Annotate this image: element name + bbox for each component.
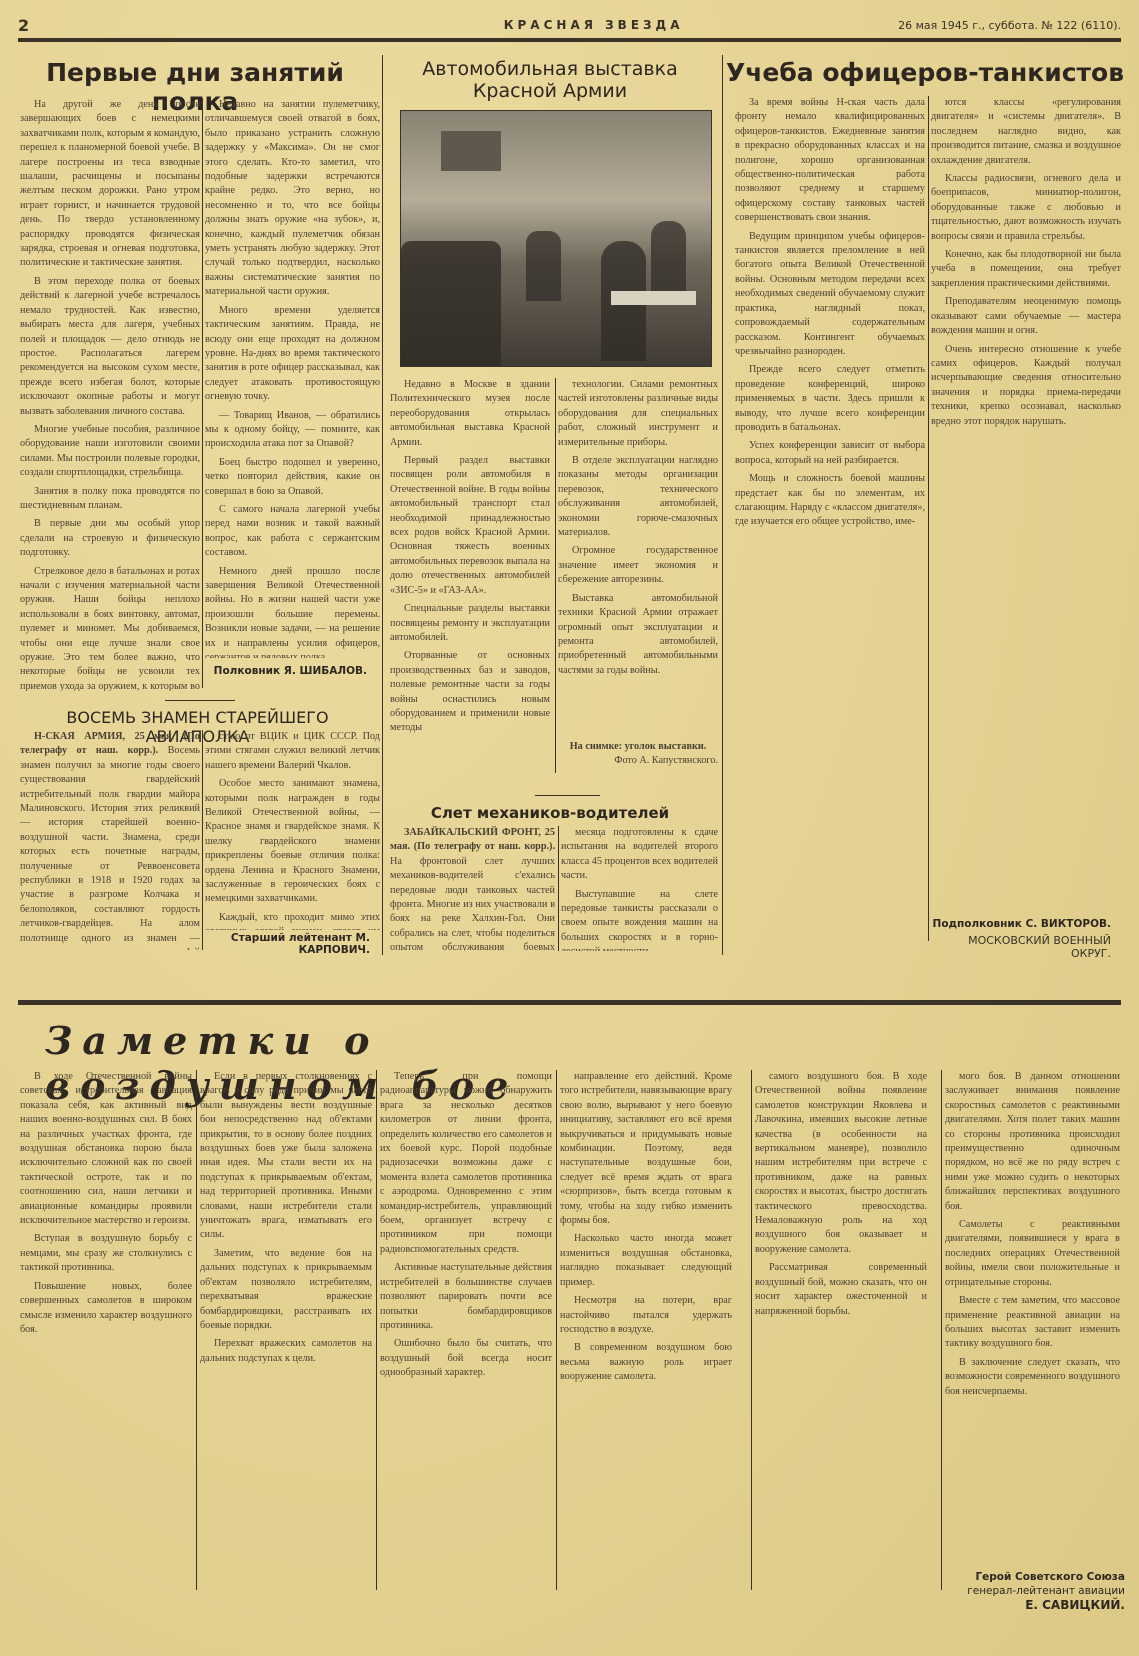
paragraph: Ведущим принципом учебы офицеров-танкист… [735, 230, 925, 360]
airbattle-column-6: мого боя. В данном отношении заслуживает… [945, 1070, 1120, 1560]
banners-article-column-2: стью от ВЦИК и ЦИК СССР. Под этими стяга… [205, 730, 380, 930]
banners-text: Восемь знамен получил за многие годы сво… [20, 745, 200, 950]
issue-info: 26 мая 1945 г., суббота. № 122 (6110). [898, 19, 1121, 32]
tankers-article-column-2: ются классы «регулирования двигателя» и … [931, 96, 1121, 911]
paragraph: Стрелковое дело в батальонах и ротах нач… [20, 565, 200, 691]
signature-rank: генерал-лейтенант авиации [960, 1584, 1125, 1598]
tankers-article-title: Учеба офицеров-танкистов [725, 58, 1125, 87]
column-divider [196, 1070, 197, 1590]
paragraph: Боец быстро подошел и уверенно, четко по… [205, 456, 380, 499]
separator [165, 700, 235, 701]
exhibition-article-column-1: Недавно в Москве в здании Политехническо… [390, 378, 550, 773]
exhibition-article-column-2: технологии. Силами ремонтных частей изго… [558, 378, 718, 740]
paragraph: Вступая в воздушную борьбу с немцами, мы… [20, 1232, 192, 1275]
paragraph: ются классы «регулирования двигателя» и … [931, 96, 1121, 168]
column-divider [202, 98, 203, 688]
airbattle-column-5: самого воздушного боя. В ходе Отечествен… [755, 1070, 927, 1595]
regiment-article-signature: Полковник Я. ШИБАЛОВ. [205, 665, 367, 677]
paragraph: Преподавателям неоценимую помощь оказыва… [931, 295, 1121, 338]
paragraph: месяца подготовлены к сдаче испытания на… [561, 826, 718, 884]
tankers-article-signature: Подполковник С. ВИКТОРОВ. [931, 918, 1111, 930]
paragraph: Несмотря на потери, враг настойчиво пыта… [560, 1294, 732, 1337]
paragraph: Насколько часто иногда может измениться … [560, 1232, 732, 1290]
photo-credit: Фото А. Капустянского. [558, 754, 718, 768]
paragraph: Много времени уделяется тактическим заня… [205, 304, 380, 405]
paragraph: Прежде всего следует отметить проведение… [735, 363, 925, 435]
paragraph: Перехват вражеских самолетов на дальних … [200, 1337, 372, 1366]
masthead-rule [18, 38, 1121, 42]
tankers-article-column-1: За время войны Н-ская часть дала фронту … [735, 96, 925, 951]
paragraph: Первый раздел выставки посвящен роли авт… [390, 454, 550, 598]
paragraph: Недавно на занятии пулеметчику, отличавш… [205, 98, 380, 300]
column-divider [941, 1070, 942, 1590]
paragraph: В отделе эксплуатации наглядно показаны … [558, 454, 718, 540]
drivers-article-column-1: ЗАБАЙКАЛЬСКИЙ ФРОНТ, 25 мая. (По телегра… [390, 826, 555, 951]
paragraph: мого боя. В данном отношении заслуживает… [945, 1070, 1120, 1214]
signature-title: Герой Советского Союза [960, 1570, 1125, 1584]
column-divider [558, 826, 559, 951]
paragraph: самого воздушного боя. В ходе Отечествен… [755, 1070, 927, 1257]
signature-name: Е. САВИЦКИЙ. [960, 1598, 1125, 1612]
drivers-article-column-2: месяца подготовлены к сдаче испытания на… [561, 826, 718, 951]
column-divider [382, 55, 383, 955]
column-divider [555, 378, 556, 773]
paragraph: стью от ВЦИК и ЦИК СССР. Под этими стяга… [205, 730, 380, 773]
paragraph: На другой же день после завершающих боев… [20, 98, 200, 271]
photo-caption: На снимке: уголок выставки. [558, 740, 718, 754]
column-divider [376, 1070, 377, 1590]
exhibition-title-line-1: Автомобильная выставка [385, 58, 715, 80]
paragraph: Специальные разделы выставки посвящены р… [390, 602, 550, 645]
paragraph: Недавно в Москве в здании Политехническо… [390, 378, 550, 450]
regiment-article-column-1: На другой же день после завершающих боев… [20, 98, 200, 691]
paragraph: Огромное государственное значение имеет … [558, 544, 718, 587]
paragraph: Заметим, что ведение боя на дальних подс… [200, 1247, 372, 1333]
paragraph: Повышение новых, более совершенных самол… [20, 1280, 192, 1338]
exhibition-photo [400, 110, 712, 367]
column-divider [556, 1070, 557, 1590]
paragraph: Успех конференции зависит от выбора вопр… [735, 439, 925, 468]
paragraph: — Товарищ Иванов, — обратились мы к одно… [205, 409, 380, 452]
paragraph: Вместе с тем заметим, что массовое приме… [945, 1294, 1120, 1352]
paragraph: Оторванные от основных производственных … [390, 649, 550, 735]
paragraph: В первые дни мы особый упор сделали на с… [20, 517, 200, 560]
airbattle-column-2: Если в первых столкновениях с врагом в с… [200, 1070, 372, 1595]
drivers-text: На фронтовой слет лучших механиков-водит… [390, 856, 555, 951]
airbattle-signature: Герой Советского Союза генерал-лейтенант… [960, 1570, 1125, 1612]
paragraph: Рассматривая современный воздушный бой, … [755, 1261, 927, 1319]
tankers-article-location: МОСКОВСКИЙ ВОЕННЫЙ ОКРУГ. [931, 934, 1111, 960]
drivers-dateline: ЗАБАЙКАЛЬСКИЙ ФРОНТ, 25 мая. (По телегра… [390, 827, 555, 852]
airbattle-column-4: направление его действий. Кроме того ист… [560, 1070, 732, 1595]
banners-article-column-1: Н-СКАЯ АРМИЯ, 25 мая. (По телеграфу от н… [20, 730, 200, 950]
paragraph: Особое место занимают знамена, которыми … [205, 777, 380, 907]
page-number: 2 [18, 16, 29, 35]
paragraph: Теперь при помощи радиоаппаратуры можно … [380, 1070, 552, 1257]
newspaper-name: КРАСНАЯ ЗВЕЗДА [504, 18, 684, 32]
airbattle-column-3: Теперь при помощи радиоаппаратуры можно … [380, 1070, 552, 1595]
paragraph: Активные наступательные действия истреби… [380, 1261, 552, 1333]
paragraph: Многие учебные пособия, различное оборуд… [20, 423, 200, 481]
paragraph: Каждый, кто проходит мимо этих овеянных … [205, 911, 380, 930]
exhibition-article-title: Автомобильная выставка Красной Армии [385, 58, 715, 102]
column-divider [722, 55, 723, 955]
paragraph: В этом переходе полка от боевых действий… [20, 275, 200, 419]
column-divider [751, 1070, 752, 1590]
paragraph: Самолеты с реактивными двигателями, появ… [945, 1218, 1120, 1290]
paragraph: Выставка автомобильной техники Красной А… [558, 592, 718, 678]
masthead: 2 КРАСНАЯ ЗВЕЗДА 26 мая 1945 г., суббота… [18, 14, 1121, 36]
column-divider [928, 96, 929, 941]
photo-caption-block: На снимке: уголок выставки. Фото А. Капу… [558, 740, 718, 776]
banners-article-signature: Старший лейтенант М. КАРПОВИЧ. [205, 932, 370, 956]
paragraph: технологии. Силами ремонтных частей изго… [558, 378, 718, 450]
drivers-article-title: Слет механиков-водителей [385, 804, 715, 822]
section-rule [18, 1000, 1121, 1005]
paragraph: Конечно, как бы плодотворной ни была уче… [931, 248, 1121, 291]
paragraph: Классы радиосвязи, огневого дела и боепр… [931, 172, 1121, 244]
paragraph: Немного дней прошло после завершения Вел… [205, 565, 380, 658]
paragraph: Очень интересно отношение к учебе самих … [931, 343, 1121, 429]
paragraph: Ошибочно было бы считать, что воздушный … [380, 1337, 552, 1380]
paragraph: С самого начала лагерной учебы перед нам… [205, 503, 380, 561]
paragraph: Выступавшие на слете передовые танкисты … [561, 888, 718, 951]
exhibition-title-line-2: Красной Армии [385, 80, 715, 102]
paragraph: За время войны Н-ская часть дала фронту … [735, 96, 925, 226]
paragraph: В ходе Отечественной войны советская ист… [20, 1070, 192, 1228]
paragraph: Занятия в полку пока проводятся по шести… [20, 485, 200, 514]
paragraph: Мощь и сложность боевой машины предстает… [735, 472, 925, 530]
regiment-article-column-2: Недавно на занятии пулеметчику, отличавш… [205, 98, 380, 658]
column-divider [202, 730, 203, 950]
airbattle-column-1: В ходе Отечественной войны советская ист… [20, 1070, 192, 1595]
paragraph: В современном воздушном бою весьма важну… [560, 1341, 732, 1384]
paragraph: В заключение следует сказать, что возмож… [945, 1356, 1120, 1399]
paragraph: Если в первых столкновениях с врагом в с… [200, 1070, 372, 1243]
paragraph: направление его действий. Кроме того ист… [560, 1070, 732, 1228]
separator [535, 795, 600, 796]
